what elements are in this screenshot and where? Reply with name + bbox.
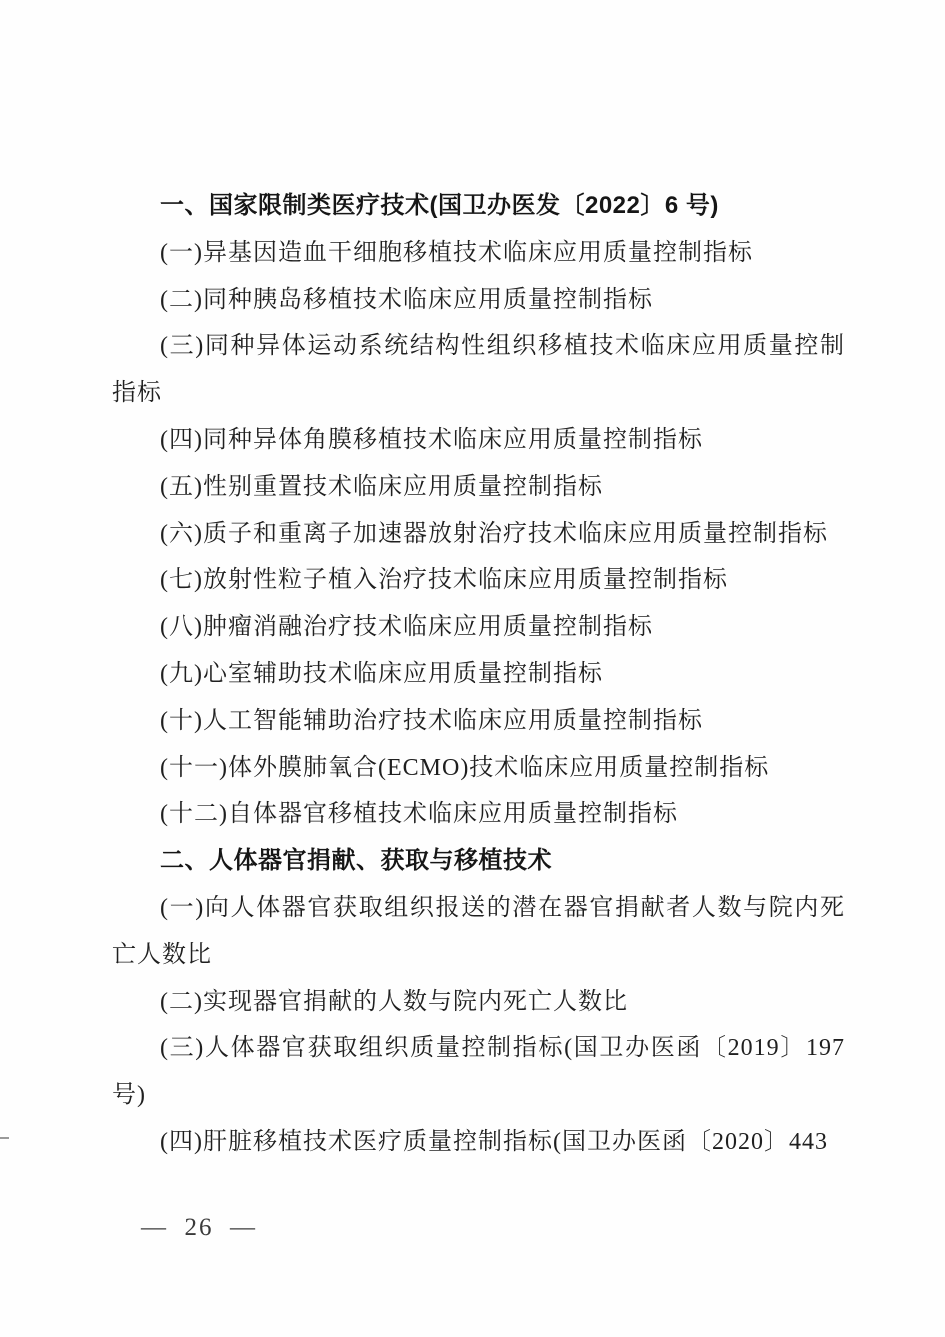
list-item-1-5: (五)性别重置技术临床应用质量控制指标 bbox=[112, 464, 845, 511]
list-item-1-8: (八)肿瘤消融治疗技术临床应用质量控制指标 bbox=[112, 604, 845, 651]
list-item-2-4: (四)肝脏移植技术医疗质量控制指标(国卫办医函〔2020〕443 bbox=[112, 1119, 845, 1166]
list-item-2-3: (三)人体器官获取组织质量控制指标(国卫办医函〔2019〕197号) bbox=[112, 1025, 845, 1119]
list-item-1-7: (七)放射性粒子植入治疗技术临床应用质量控制指标 bbox=[112, 557, 845, 604]
list-item-1-2: (二)同种胰岛移植技术临床应用质量控制指标 bbox=[112, 277, 845, 324]
page-number: — 26 — bbox=[141, 1214, 257, 1242]
list-item-1-10: (十)人工智能辅助治疗技术临床应用质量控制指标 bbox=[112, 698, 845, 745]
list-item-1-4: (四)同种异体角膜移植技术临床应用质量控制指标 bbox=[112, 417, 845, 464]
scan-artifact-mark bbox=[0, 1137, 9, 1139]
list-item-2-2: (二)实现器官捐献的人数与院内死亡人数比 bbox=[112, 979, 845, 1026]
list-item-1-12: (十二)自体器官移植技术临床应用质量控制指标 bbox=[112, 791, 845, 838]
document-page: 一、国家限制类医疗技术(国卫办医发〔2022〕6 号) (一)异基因造血干细胞移… bbox=[0, 0, 945, 1337]
section-1-heading: 一、国家限制类医疗技术(国卫办医发〔2022〕6 号) bbox=[112, 183, 845, 230]
list-item-1-1: (一)异基因造血干细胞移植技术临床应用质量控制指标 bbox=[112, 230, 845, 277]
list-item-1-9: (九)心室辅助技术临床应用质量控制指标 bbox=[112, 651, 845, 698]
list-item-1-3: (三)同种异体运动系统结构性组织移植技术临床应用质量控制指标 bbox=[112, 323, 845, 417]
section-2-heading: 二、人体器官捐献、获取与移植技术 bbox=[112, 838, 845, 885]
document-body: 一、国家限制类医疗技术(国卫办医发〔2022〕6 号) (一)异基因造血干细胞移… bbox=[112, 183, 845, 1166]
list-item-2-1: (一)向人体器官获取组织报送的潜在器官捐献者人数与院内死亡人数比 bbox=[112, 885, 845, 979]
list-item-1-11: (十一)体外膜肺氧合(ECMO)技术临床应用质量控制指标 bbox=[112, 745, 845, 792]
list-item-1-6: (六)质子和重离子加速器放射治疗技术临床应用质量控制指标 bbox=[112, 511, 845, 558]
